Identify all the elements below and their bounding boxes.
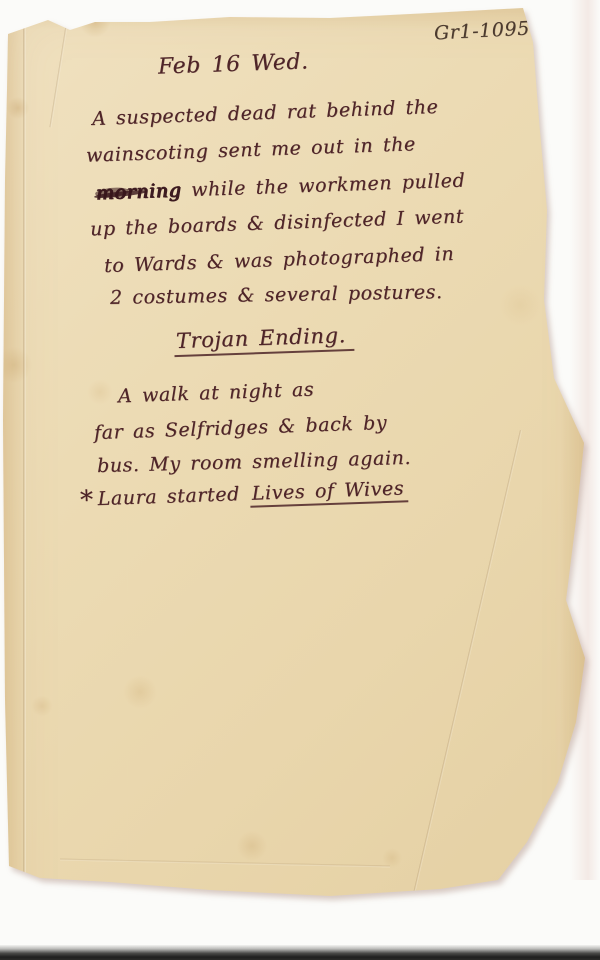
book-title-underlined: Lives of Wives bbox=[249, 477, 408, 508]
crease-line bbox=[23, 24, 26, 874]
handwritten-line: A suspected dead rat behind the bbox=[92, 96, 439, 130]
handwritten-line: bus. My room smelling again. bbox=[97, 447, 412, 477]
catalog-number: Gr1-1095 bbox=[433, 18, 530, 45]
crease-line bbox=[412, 430, 522, 898]
handwritten-line: up the boards & disinfected I went bbox=[90, 205, 465, 240]
paper-sheet-wrapper: Gr1-1095 Feb 16 Wed. A suspected dead ra… bbox=[0, 0, 600, 960]
handwritten-line-prefix: Laura started bbox=[97, 483, 240, 510]
paper-sheet: Gr1-1095 Feb 16 Wed. A suspected dead ra… bbox=[0, 0, 600, 960]
crease-line bbox=[60, 859, 390, 868]
handwritten-line: A walk at night as bbox=[118, 379, 315, 408]
scanned-page-background: Gr1-1095 Feb 16 Wed. A suspected dead ra… bbox=[0, 0, 600, 960]
handwritten-line: morning while the workmen pulled bbox=[96, 170, 466, 205]
handwritten-line: wainscoting sent me out in the bbox=[86, 133, 416, 167]
handwritten-line: far as Selfridges & back by bbox=[94, 412, 388, 444]
date-heading: Feb 16 Wed. bbox=[158, 49, 309, 79]
section-heading-underlined: Trojan Ending. bbox=[174, 323, 355, 357]
scanner-edge-bar bbox=[0, 945, 600, 960]
struck-word: morning bbox=[96, 179, 182, 204]
asterisk-mark: * bbox=[80, 485, 95, 515]
handwritten-line: to Wards & was photographed in bbox=[104, 243, 455, 277]
handwritten-line: *Laura startedLives of Wives bbox=[80, 474, 409, 515]
handwritten-line: 2 costumes & several postures. bbox=[110, 281, 443, 309]
crease-line bbox=[49, 19, 68, 128]
handwritten-line-rest: while the workmen pulled bbox=[181, 170, 466, 202]
